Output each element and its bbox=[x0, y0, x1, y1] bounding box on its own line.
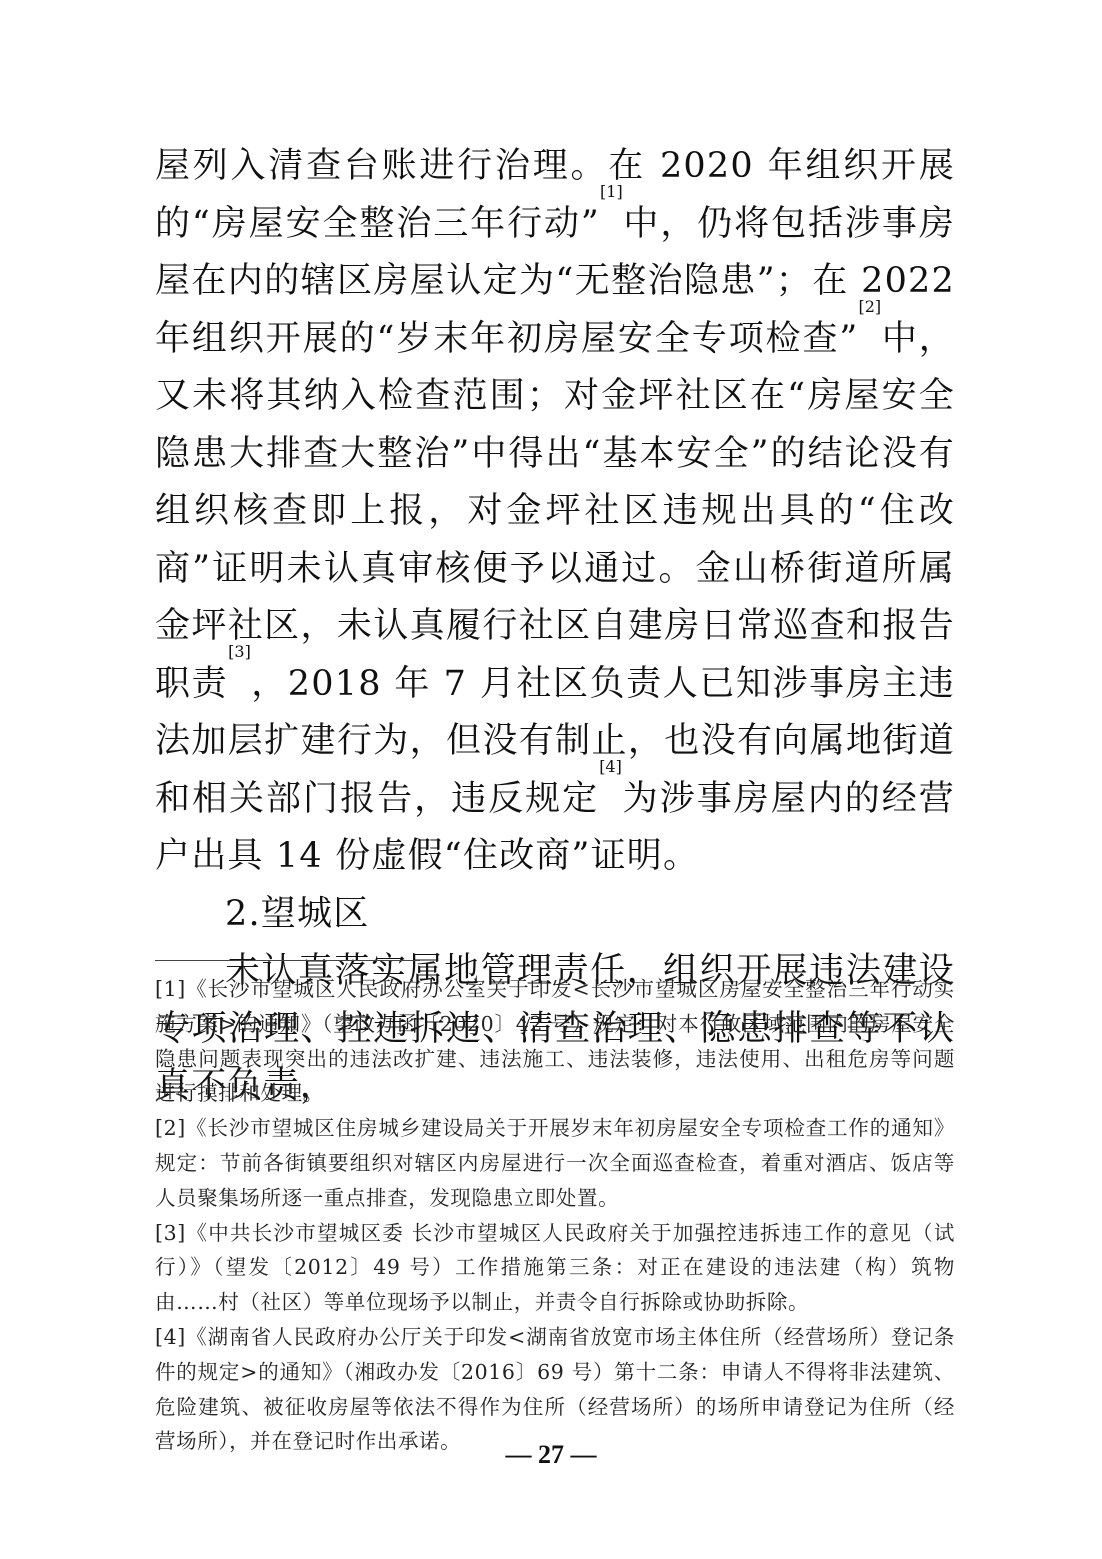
footnote-3: [3]《中共长沙市望城区委 长沙市望城区人民政府关于加强控违拆违工作的意见（试行… bbox=[155, 1216, 955, 1320]
document-page: 屋列入清查台账进行治理。在 2020 年组织开展的“房屋安全整治三年行动”[1]… bbox=[0, 0, 1102, 1559]
footnote-1: [1]《长沙市望城区人民政府办公室关于印发<长沙市望城区房屋安全整治三年行动实施… bbox=[155, 972, 955, 1111]
footnote-4: [4]《湖南省人民政府办公厅关于印发<湖南省放宽市场主体住所（经营场所）登记条件… bbox=[155, 1320, 955, 1459]
footnote-ref-3[interactable]: [3] bbox=[228, 642, 251, 661]
footnote-divider bbox=[155, 960, 420, 961]
section-heading: 2.望城区 bbox=[155, 886, 955, 944]
footnote-text: 《长沙市望城区人民政府办公室关于印发<长沙市望城区房屋安全整治三年行动实施方案>… bbox=[155, 977, 955, 1105]
footnote-marker: [4] bbox=[155, 1325, 186, 1349]
footnote-text: 《湖南省人民政府办公厅关于印发<湖南省放宽市场主体住所（经营场所）登记条件的规定… bbox=[155, 1325, 955, 1453]
page-number: — 27 — bbox=[0, 1440, 1102, 1470]
footnote-ref-1[interactable]: [1] bbox=[600, 182, 623, 201]
footnote-ref-2[interactable]: [2] bbox=[858, 297, 881, 316]
body-text: 屋列入清查台账进行治理。在 2020 年组织开展的“房屋安全整治三年行动”[1]… bbox=[155, 138, 955, 1116]
footnote-text: 《中共长沙市望城区委 长沙市望城区人民政府关于加强控违拆违工作的意见（试行）》（… bbox=[155, 1221, 955, 1315]
footnote-marker: [2] bbox=[155, 1116, 186, 1140]
footnote-text: 《长沙市望城区住房城乡建设局关于开展岁末年初房屋安全专项检查工作的通知》规定：节… bbox=[155, 1116, 955, 1210]
footnote-ref-4[interactable]: [4] bbox=[599, 757, 622, 776]
footnote-2: [2]《长沙市望城区住房城乡建设局关于开展岁末年初房屋安全专项检查工作的通知》规… bbox=[155, 1111, 955, 1215]
footnote-marker: [1] bbox=[155, 977, 186, 1001]
footnotes: [1]《长沙市望城区人民政府办公室关于印发<长沙市望城区房屋安全整治三年行动实施… bbox=[155, 972, 955, 1459]
footnote-marker: [3] bbox=[155, 1221, 186, 1245]
paragraph-continuation: 屋列入清查台账进行治理。在 2020 年组织开展的“房屋安全整治三年行动”[1]… bbox=[155, 138, 955, 886]
text-segment: 中，又未将其纳入检查范围；对金坪社区在“房屋安全隐患大排查大整治”中得出“基本安… bbox=[155, 319, 955, 704]
